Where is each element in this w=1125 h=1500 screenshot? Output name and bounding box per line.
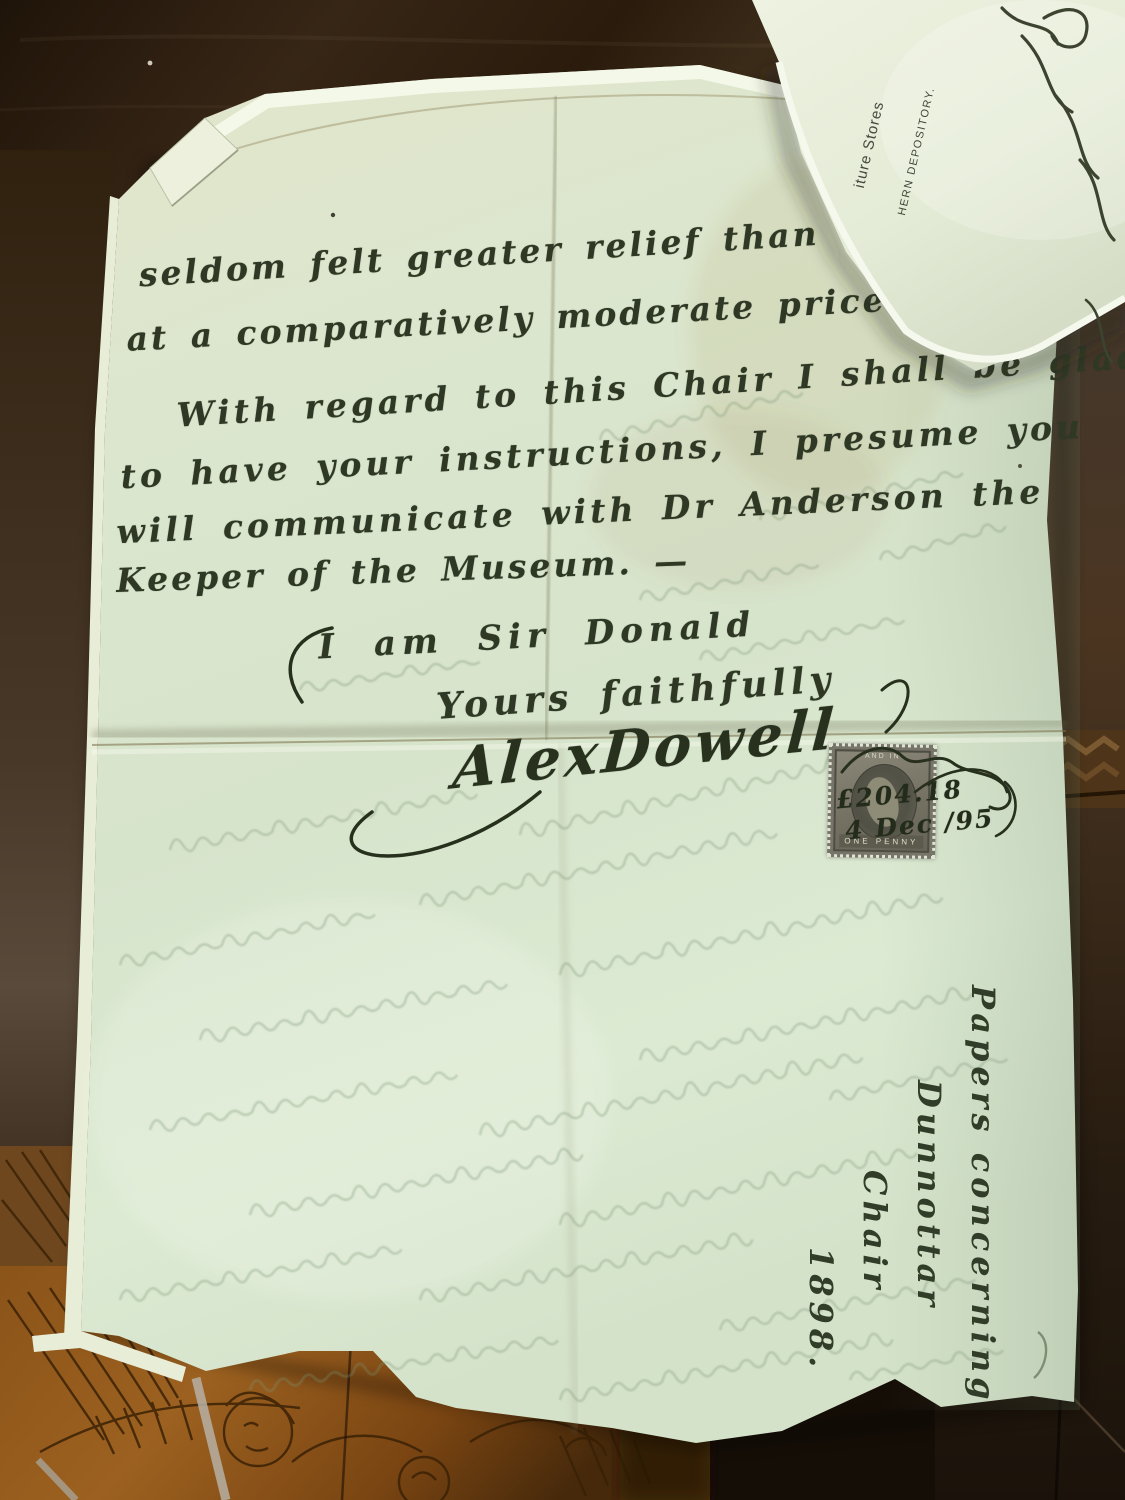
docket-line: Papers concerning	[956, 985, 1010, 1425]
docket-line: Chair	[848, 985, 902, 1425]
photo-of-handwritten-letter: AND IN ONE PENNY seldom felt greater rel…	[0, 0, 1125, 1500]
docket-line: Dunnottar	[902, 985, 956, 1425]
docket-line: 1898.	[794, 985, 848, 1425]
stamp-top-text: AND IN	[837, 752, 929, 761]
docket-endorsement: Papers concerning Dunnottar Chair 1898.	[794, 985, 1010, 1425]
